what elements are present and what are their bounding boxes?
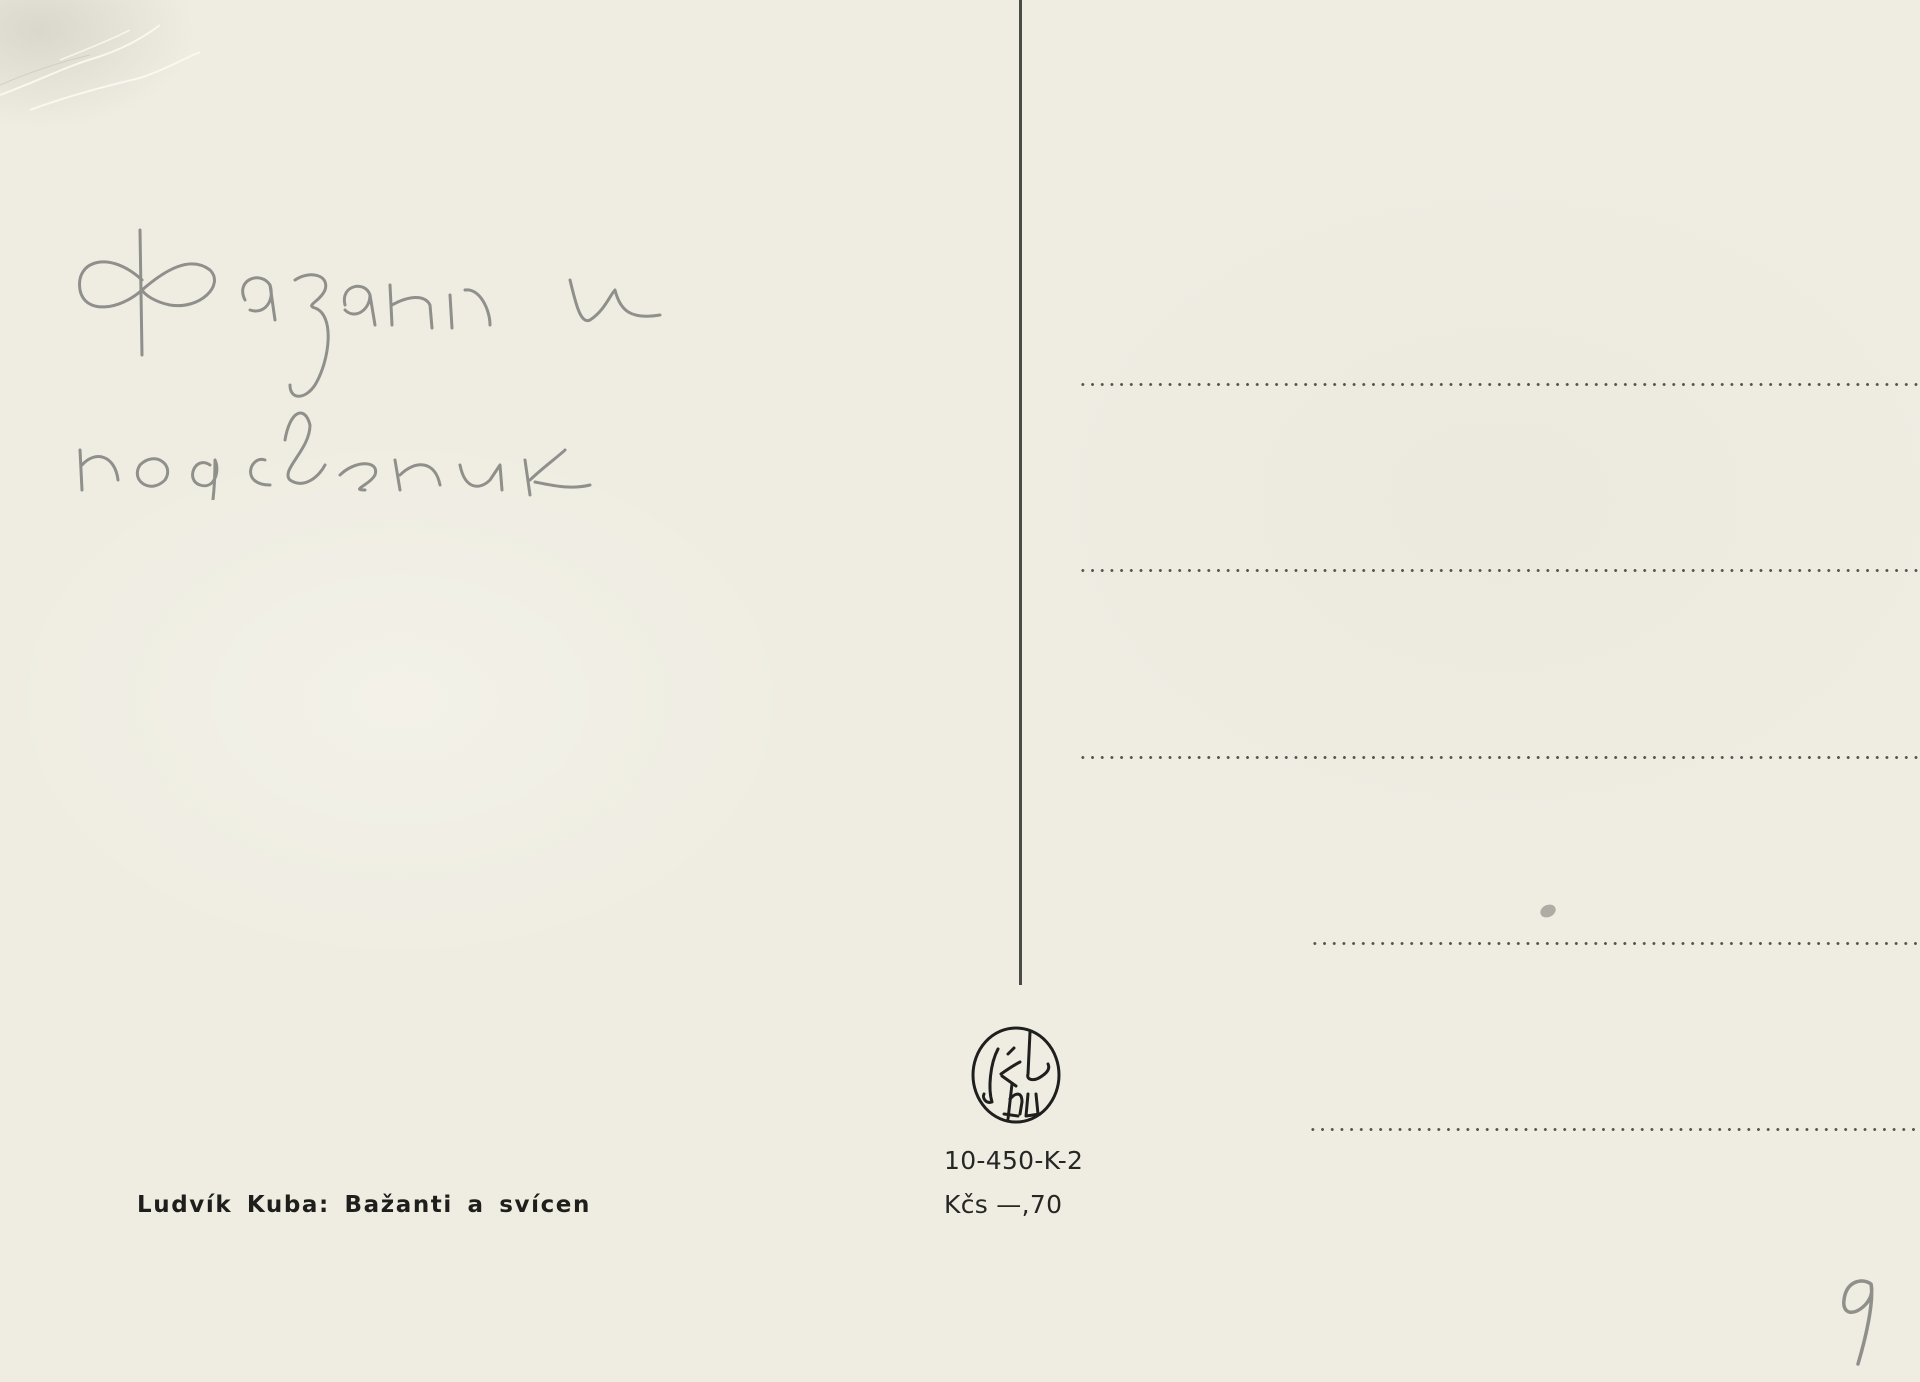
catalog-code: 10-450-K-2 xyxy=(944,1146,1083,1175)
address-line-2 xyxy=(1078,569,1920,572)
artwork-caption: Ludvík Kuba: Bažanti a svícen xyxy=(137,1192,591,1218)
address-line-1 xyxy=(1078,383,1920,386)
handwritten-note xyxy=(70,210,810,500)
address-line-3 xyxy=(1078,756,1920,759)
address-line-4 xyxy=(1310,942,1920,945)
price-label: Kčs —,70 xyxy=(944,1190,1062,1219)
publisher-monogram-logo-icon xyxy=(968,1024,1064,1126)
handwritten-page-number xyxy=(1836,1272,1886,1372)
postcard-back: 10-450-K-2 Kčs —,70 Ludvík Kuba: Bažanti… xyxy=(0,0,1920,1382)
vertical-divider-line xyxy=(1019,0,1022,985)
paper-spot xyxy=(1538,902,1558,920)
creased-corner xyxy=(0,0,260,150)
address-line-5 xyxy=(1308,1128,1920,1131)
